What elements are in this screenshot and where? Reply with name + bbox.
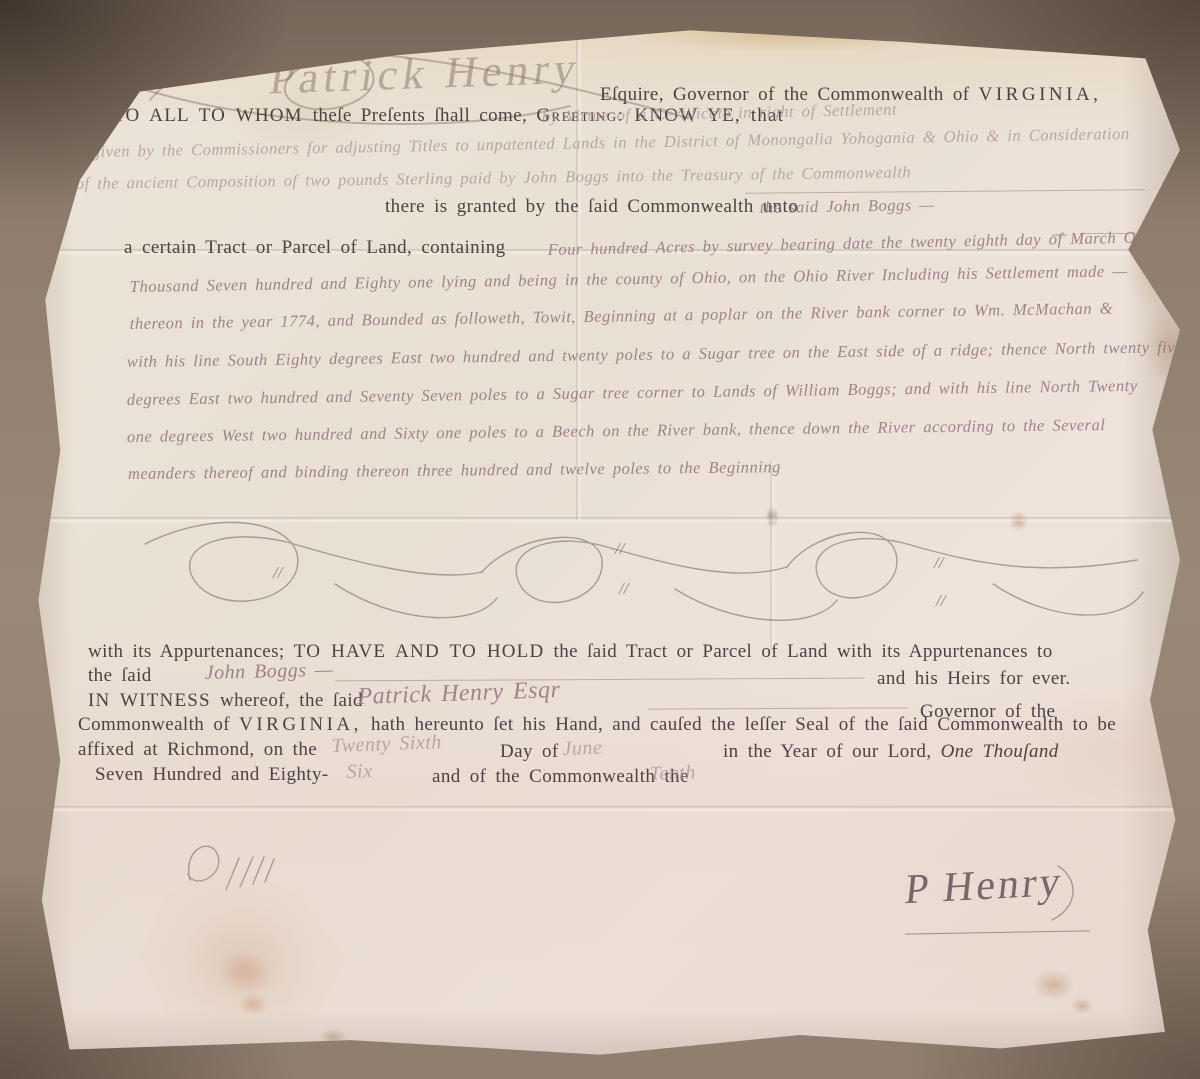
appurtenances-text: with its Appurtenances; — [88, 641, 294, 662]
signature-flourish — [890, 858, 1100, 938]
month-script: June — [562, 737, 603, 761]
flourish-tick: // — [935, 591, 948, 610]
description-line-3: thereon in the year 1774, and Bounded as… — [130, 299, 1113, 334]
presents-text: theſe Preſents ſhall come, — [313, 105, 537, 126]
blank-rule — [648, 707, 908, 709]
patrick-henry-script: Patrick Henry Esqr — [357, 677, 561, 711]
flourish-tick: // — [933, 553, 946, 572]
the-said-text: the ſaid — [88, 665, 152, 687]
heirs-forever-text: and his Heirs for ever. — [877, 668, 1071, 690]
virginia-text: VIRGINIA, — [979, 84, 1102, 105]
flourish-tick: // — [272, 563, 285, 582]
in-witness-text: IN WITNESS — [88, 690, 211, 711]
to-all-to-whom-text: TO ALL TO WHOM — [113, 105, 313, 126]
space-filler-flourish: // // // // // — [135, 512, 1155, 630]
description-line-4: with his line South Eighty degrees East … — [127, 337, 1183, 372]
description-line-1: Four hundred Acres by survey bearing dat… — [548, 227, 1153, 260]
day-of-text: Day of — [500, 741, 559, 763]
flourish-tick: // — [618, 579, 631, 598]
grantee-name-script: the said John Boggs — — [760, 195, 935, 218]
year-of-lord-text: in the Year of our Lord, — [723, 741, 941, 762]
grantee-name-script-2: John Boggs — — [204, 659, 333, 685]
seven-hundred-text: Seven Hundred and Eighty- — [95, 764, 329, 786]
blank-rule — [745, 189, 1145, 193]
description-line-6: one degrees West two hundred and Sixty o… — [127, 415, 1106, 447]
description-line-7: meanders thereof and binding thereon thr… — [128, 457, 781, 484]
fold-crease-horizontal-lower — [0, 806, 1200, 812]
parchment-sheet: Patrick Henry Eſquire, Governor of the C… — [28, 22, 1180, 1062]
blank-rule — [335, 678, 865, 682]
virginia-text-2: VIRGINIA, — [239, 714, 362, 735]
day-script: Twenty Sixth — [331, 731, 442, 758]
description-line-5: degrees East two hundred and Seventy Sev… — [127, 376, 1138, 410]
premise-line-2: of the ancient Composition of two pounds… — [76, 162, 912, 194]
ordinal-script: Tenth — [649, 761, 696, 786]
one-thousand-text: One Thouſand — [941, 741, 1059, 762]
commonwealth-of-text: Commonwealth of — [78, 714, 239, 735]
containing-printed-text: a certain Tract or Parcel of Land, conta… — [124, 237, 506, 259]
whereof-text: whereof, the ſaid — [211, 690, 363, 711]
tract-parcel-text: the ſaid Tract or Parcel of Land with it… — [544, 641, 1052, 662]
granted-printed-text: there is granted by the ſaid Commonwealt… — [385, 196, 798, 218]
description-line-2: Thousand Seven hundred and Eighty one ly… — [130, 261, 1128, 297]
seal-clause-text: hath hereunto ſet his Hand, and cauſed t… — [362, 714, 1116, 735]
photo-of-land-grant: Patrick Henry Eſquire, Governor of the C… — [0, 0, 1200, 1079]
affixed-richmond-text: affixed at Richmond, on the — [78, 739, 317, 761]
year-digit-script: Six — [346, 760, 373, 784]
ink-layer: Patrick Henry Eſquire, Governor of the C… — [0, 0, 1200, 1079]
flourish-tick: // — [614, 539, 627, 558]
